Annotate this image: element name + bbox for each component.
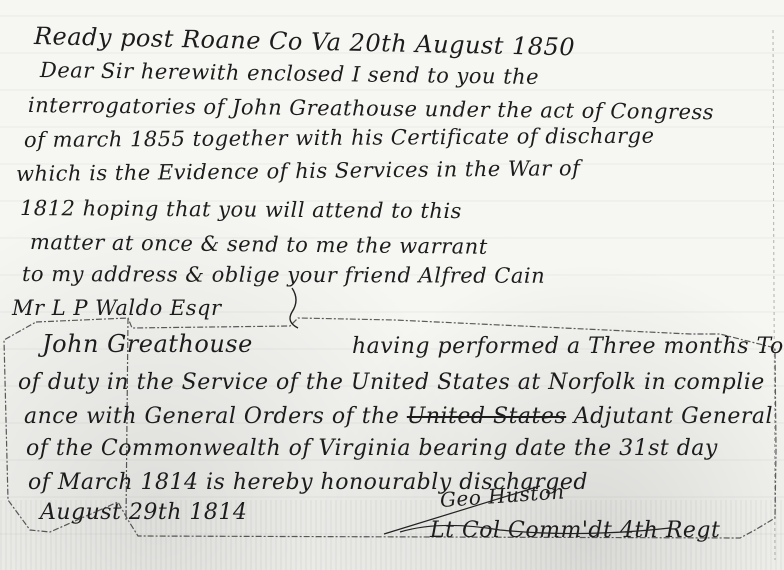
scanned-document-page: Ready post Roane Co Va 20th August 1850 … <box>0 0 784 570</box>
struck-text: United States <box>407 404 566 429</box>
certificate-soldier-name: John Greathouse <box>42 330 253 358</box>
letter-line-5: which is the Evidence of his Services in… <box>16 156 581 186</box>
signature-flourish <box>380 480 680 540</box>
certificate-date: August 29th 1814 <box>40 500 247 525</box>
letter-line-4: of march 1855 together with his Certific… <box>24 124 655 152</box>
certificate-line-3b: Adjutant General <box>574 404 773 429</box>
letter-line-3: interrogatories of John Greathouse under… <box>28 93 714 124</box>
letter-line-2: Dear Sir herewith enclosed I send to you… <box>40 58 539 89</box>
certificate-line-2: of duty in the Service of the United Sta… <box>18 370 765 395</box>
letter-line-8-signoff: to my address & oblige your friend Alfre… <box>22 262 545 288</box>
certificate-line-4: of the Commonwealth of Virginia bearing … <box>26 436 718 461</box>
letter-line-6: 1812 hoping that you will attend to this <box>20 196 462 223</box>
letter-addressee: Mr L P Waldo Esqr <box>12 296 222 320</box>
letter-dateline: Ready post Roane Co Va 20th August 1850 <box>34 22 576 61</box>
certificate-line-3: ance with General Orders of the United S… <box>24 404 773 429</box>
certificate-line-1: having performed a Three months Tour <box>352 334 784 359</box>
certificate-line-3a: ance with General Orders of the <box>24 404 399 429</box>
letter-line-7: matter at once & send to me the warrant <box>30 230 488 259</box>
